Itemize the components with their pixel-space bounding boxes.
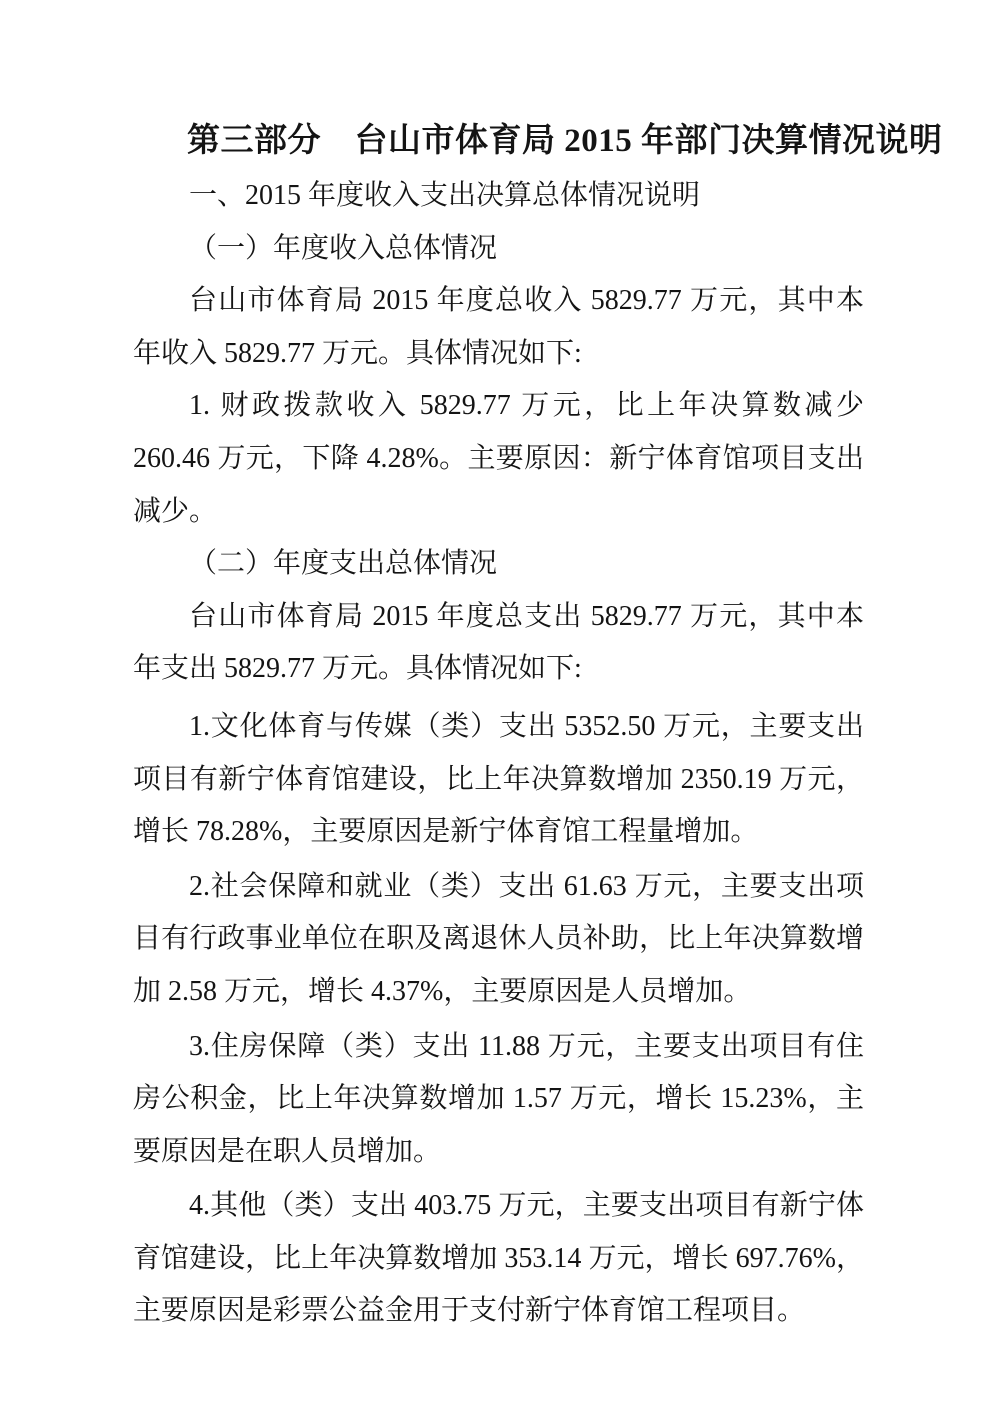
paragraph-expenditure-total: 台山市体育局 2015 年度总支出 5829.77 万元，其中本年支出 5829… bbox=[133, 591, 864, 696]
heading-overall-statement: 一、2015 年度收入支出决算总体情况说明 bbox=[133, 170, 864, 223]
paragraph-other-expenditure: 4.其他（类）支出 403.75 万元，主要支出项目有新宁体育馆建设，比上年决算… bbox=[133, 1180, 864, 1338]
paragraph-social-security-employment-expenditure: 2.社会保障和就业（类）支出 61.63 万元，主要支出项目有行政事业单位在职及… bbox=[133, 861, 864, 1019]
heading-expenditure-overview: （二）年度支出总体情况 bbox=[133, 538, 864, 591]
heading-income-overview: （一）年度收入总体情况 bbox=[133, 223, 864, 276]
document-page: 第三部分 台山市体育局 2015 年部门决算情况说明 一、2015 年度收入支出… bbox=[0, 0, 992, 1403]
paragraph-income-total: 台山市体育局 2015 年度总收入 5829.77 万元，其中本年收入 5829… bbox=[133, 275, 864, 380]
document-title: 第三部分 台山市体育局 2015 年部门决算情况说明 bbox=[133, 112, 864, 170]
paragraph-housing-security-expenditure: 3.住房保障（类）支出 11.88 万元，主要支出项目有住房公积金，比上年决算数… bbox=[133, 1021, 864, 1179]
paragraph-culture-sports-media-expenditure: 1.文化体育与传媒（类）支出 5352.50 万元，主要支出项目有新宁体育馆建设… bbox=[133, 701, 864, 859]
paragraph-fiscal-appropriation-income: 1. 财政拨款收入 5829.77 万元，比上年决算数减少 260.46 万元，… bbox=[133, 380, 864, 538]
